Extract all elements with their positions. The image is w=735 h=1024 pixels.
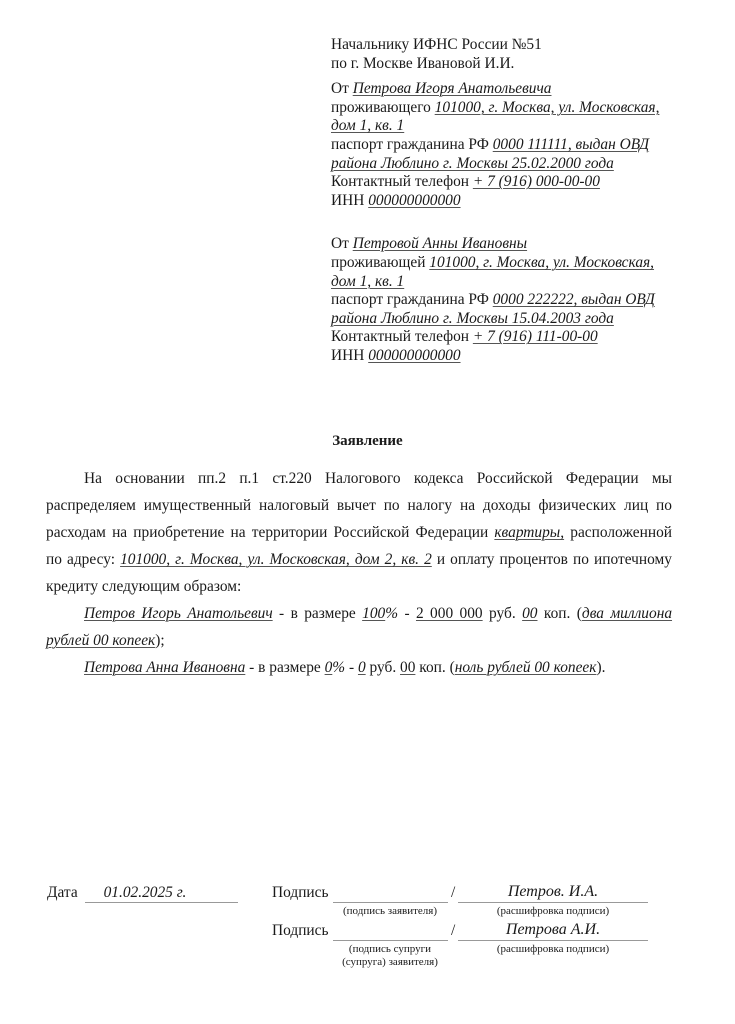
recipient-2-name: Петрова Анна Ивановна (84, 659, 245, 676)
applicant-1-inn: 000000000000 (368, 192, 460, 209)
signature-line-2[interactable] (333, 940, 448, 941)
signature-label-2: Подпись (272, 922, 329, 940)
distribution-line-2: Петрова Анна Ивановна - в размере 0% - 0… (46, 654, 672, 681)
applicant-2-name: Петровой Анны Ивановны (353, 235, 527, 252)
applicant-1: От Петрова Игоря Анатольевича проживающе… (331, 80, 681, 210)
applicant-1-phone: + 7 (916) 000-00-00 (473, 173, 600, 190)
date-label: Дата (47, 884, 78, 902)
applicant-2-inn: 000000000000 (368, 347, 460, 364)
property-address: 101000, г. Москва, ул. Московская, дом 2… (120, 551, 432, 568)
signature-line-1[interactable] (333, 902, 448, 903)
date-line (85, 902, 238, 903)
applicant-2-address-cont: дом 1, кв. 1 (331, 273, 404, 290)
applicant-1-name: Петрова Игоря Анатольевича (353, 80, 552, 97)
addressee-line-1: Начальнику ИФНС России №51 (331, 36, 681, 55)
applicant-1-passport-cont: района Люблино г. Москвы 25.02.2000 года (331, 155, 614, 172)
recipient-1-kopecks: 00 (522, 605, 537, 622)
intro-paragraph: На основании пп.2 п.1 ст.220 Налогового … (46, 465, 672, 600)
signature-name-2: Петрова А.И. (458, 921, 648, 939)
applicant-2-address: 101000, г. Москва, ул. Московская, (429, 254, 654, 271)
signature-caption-1: (подпись заявителя) (320, 905, 460, 918)
distribution-line-1: Петров Игорь Анатольевич - в размере 100… (46, 600, 672, 654)
name-caption-2: (расшифровка подписи) (468, 943, 638, 956)
separator-2: / (451, 922, 455, 940)
signature-name-1: Петров. И.А. (458, 883, 648, 901)
date-value: 01.02.2025 г. (85, 884, 205, 902)
document-title: Заявление (0, 432, 735, 450)
header-block: Начальнику ИФНС России №51 по г. Москве … (331, 36, 681, 366)
document-body: На основании пп.2 п.1 ст.220 Налогового … (46, 465, 672, 681)
recipient-1-rubles: 2 000 000 (416, 605, 483, 622)
applicant-1-address: 101000, г. Москва, ул. Московская, (435, 99, 660, 116)
applicant-1-address-cont: дом 1, кв. 1 (331, 117, 404, 134)
name-line-1 (458, 902, 648, 903)
applicant-2-passport: 0000 222222, выдан ОВД (493, 291, 655, 308)
name-caption-1: (расшифровка подписи) (468, 905, 638, 918)
signature-caption-2: (подпись супруги (супруга) заявителя) (320, 943, 460, 969)
recipient-2-kopecks: 00 (400, 659, 415, 676)
separator-1: / (451, 884, 455, 902)
recipient-1-percent: 100 (362, 605, 385, 622)
signature-label-1: Подпись (272, 884, 329, 902)
applicant-2: От Петровой Анны Ивановны проживающей 10… (331, 235, 681, 365)
applicant-1-passport: 0000 111111, выдан ОВД (493, 136, 649, 153)
applicant-2-passport-cont: района Люблино г. Москвы 15.04.2003 года (331, 310, 614, 327)
addressee-line-2: по г. Москве Ивановой И.И. (331, 55, 681, 74)
applicant-2-phone: + 7 (916) 111-00-00 (473, 328, 598, 345)
property-type: квартиры, (494, 524, 564, 541)
recipient-2-amount-words: ноль рублей 00 копеек (455, 659, 597, 676)
recipient-2-rubles: 0 (358, 659, 366, 676)
name-line-2 (458, 940, 648, 941)
recipient-1-name: Петров Игорь Анатольевич (84, 605, 273, 622)
